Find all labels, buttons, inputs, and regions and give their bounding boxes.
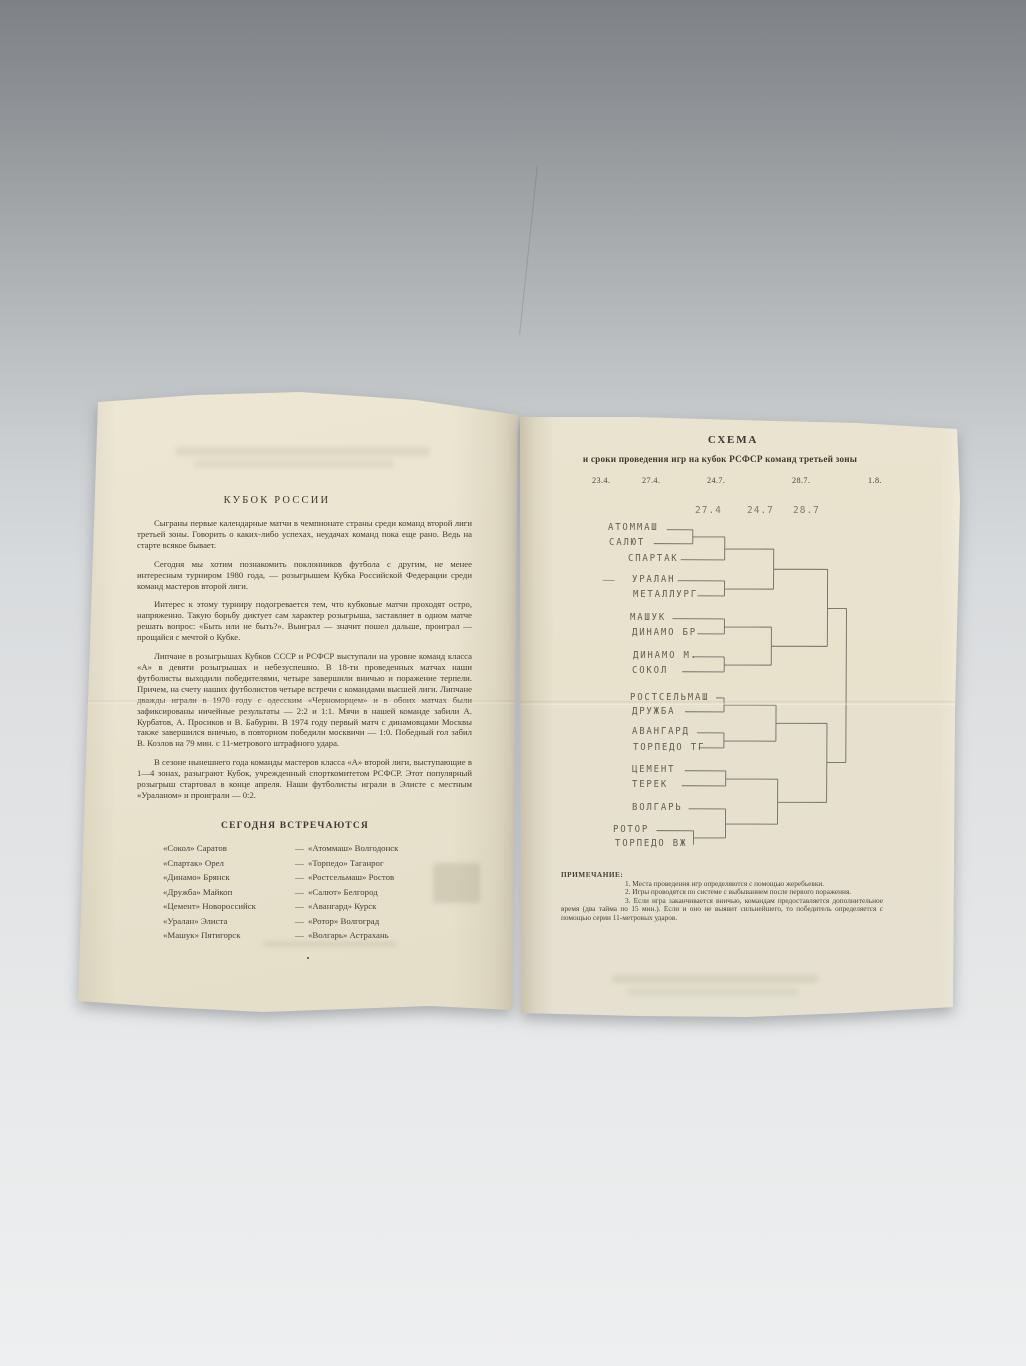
bracket-team-label: Салют [609,538,645,549]
fixture-home: «Цемент» Новороссийск [163,901,256,911]
bracket-team-label: Динамо Бр [632,628,697,639]
page-edge-highlight [940,412,966,1020]
bracket-team-label: Дружба [632,707,675,718]
bracket-team-label: Волгарь [632,803,683,814]
fixture-away: «Авангард» Курск [308,901,376,911]
vs-dash: — [295,930,304,940]
vs-dash: — [295,916,304,926]
tournament-bracket-lines [518,412,966,1020]
bracket-team-label: Динамо М. [633,651,698,662]
bracket-team-label: Уралан [632,575,675,586]
left-page: КУБОК РОССИИ Сыграны первые календарные … [76,392,522,1016]
fixture-home: «Динамо» Брянск [163,872,230,882]
note-label: ПРИМЕЧАНИЕ: [561,870,623,879]
ink-dot [307,957,309,959]
fixture-home: «Дружба» Майкоп [163,887,232,897]
vs-dash: — [295,858,304,868]
paragraph: Сегодня мы хотим познакомить поклонников… [137,559,472,592]
fixture-away: «Атоммаш» Волгодонск [308,843,398,853]
center-fold-shadow [452,392,522,1016]
bracket-team-label: Металлург [633,590,698,601]
right-page: СХЕМА и сроки проведения игр на кубок РС… [518,412,966,1020]
page-edge-shading [76,392,116,1016]
page-title: КУБОК РОССИИ [137,495,417,506]
paragraph: Сыграны первые календарные матчи в чемпи… [137,518,472,551]
fixture-home: «Сокол» Саратов [163,843,227,853]
vs-dash: — [295,843,304,853]
bracket-team-label: Машук [630,613,666,624]
paragraph: В сезоне нынешнего года команды мастеров… [137,757,472,801]
bracket-team-label: Сокол [632,666,668,677]
bracket-team-label: Атоммаш [608,523,659,534]
paragraph: Интерес к этому турниру подогревается те… [137,599,472,643]
bleed-through-smudge [612,975,818,983]
bleed-through-smudge [263,941,397,947]
bleed-through-smudge [194,460,394,468]
fixture-away: «Салют» Белгород [308,887,378,897]
fold-crease [518,701,966,705]
fixture-home: «Спартак» Орел [163,858,224,868]
vs-dash: — [295,901,304,911]
background-scratch [519,165,538,334]
fixture-away: «Торпедо» Таганрог [308,858,384,868]
fixture-row: «Уралан» Элиста — «Ротор» Волгоград [163,916,493,929]
fixture-away: «Волгарь» Астрахань [308,930,389,940]
bracket-team-label: Торпедо Вж [615,839,687,850]
bracket-team-label: Торпедо Тг [633,743,705,754]
vs-dash: — [295,887,304,897]
note-block: ПРИМЕЧАНИЕ: 1. Места проведения игр опре… [561,871,883,922]
fixture-away: «Ростсельмаш» Ростов [308,872,394,882]
center-fold-shadow [518,412,554,1020]
fixture-row: «Сокол» Саратов — «Атоммаш» Волгодонск [163,843,493,856]
vs-dash: — [295,872,304,882]
bleed-through-smudge [628,988,798,995]
bracket-team-label: Спартак [628,554,679,565]
bracket-team-label: Ротор [613,825,649,836]
bleed-through-smudge [176,447,430,456]
note-item: 3. Если игра заканчивается вничью, коман… [561,897,883,923]
fixture-away: «Ротор» Волгоград [308,916,379,926]
fixture-home: «Уралан» Элиста [163,916,227,926]
photo-of-open-programme: КУБОК РОССИИ Сыграны первые календарные … [0,0,1026,1366]
bracket-team-label: Авангард [632,727,690,738]
article-body: Сыграны первые календарные матчи в чемпи… [137,518,472,809]
bracket-team-label: Терек [632,780,668,791]
bracket-team-label: Цемент [632,765,675,776]
fixture-home: «Машук» Пятигорск [163,930,240,940]
fixtures-title: СЕГОДНЯ ВСТРЕЧАЮТСЯ [137,821,453,831]
